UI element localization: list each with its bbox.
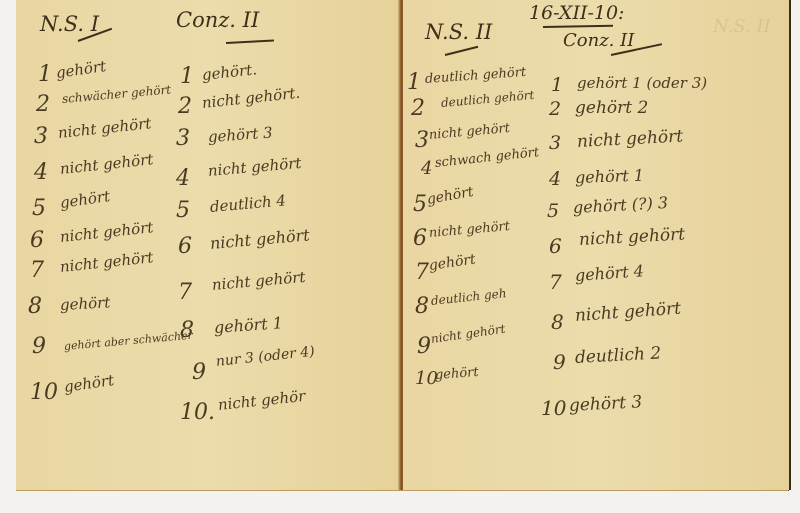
entry-number: 1 xyxy=(38,62,52,87)
entry-number: 5 xyxy=(413,192,427,217)
entry-text: deutlich 4 xyxy=(209,191,286,216)
entry-text: nicht gehört xyxy=(576,126,683,152)
heading-underline xyxy=(226,39,274,44)
entry-text: nicht gehört xyxy=(430,322,506,346)
right-col1-heading: N.S. II xyxy=(425,20,492,44)
entry-text: nicht gehört xyxy=(574,299,681,326)
entry-text: nicht gehört xyxy=(578,224,685,250)
entry-number: 2 xyxy=(36,92,50,117)
right-col2-heading: Conz. II xyxy=(563,30,634,51)
left-col2-heading: Conz. II xyxy=(176,8,259,32)
entry-text: deutlich gehört xyxy=(424,65,526,87)
entry-number: 5 xyxy=(32,196,46,221)
entry-text: gehört 2 xyxy=(575,98,648,118)
entry-text: gehört. xyxy=(201,60,258,84)
entry-number: 8 xyxy=(415,294,429,319)
heading-underline xyxy=(445,46,478,56)
entry-text: nicht gehör xyxy=(217,387,306,414)
page-edge xyxy=(789,0,791,490)
entry-text: gehört xyxy=(55,57,107,82)
entry-text: nicht gehört. xyxy=(201,84,301,112)
entry-number: 7 xyxy=(30,258,44,283)
entry-number: 1 xyxy=(551,74,563,96)
entry-text: gehört 1 xyxy=(575,166,645,187)
entry-text: gehört xyxy=(59,187,111,212)
entry-number: 9 xyxy=(553,350,566,374)
entry-number: 2 xyxy=(178,94,192,119)
entry-number: 2 xyxy=(411,96,425,121)
entry-number: 10. xyxy=(180,400,215,425)
entry-text: nicht gehört xyxy=(207,154,302,180)
entry-number: 4 xyxy=(549,168,561,190)
entry-number: 4 xyxy=(34,160,48,185)
entry-number: 6 xyxy=(549,234,562,258)
entry-number: 6 xyxy=(413,226,427,251)
right-page: N.S. II N.S. II 16-XII-10: Conz. II 1 de… xyxy=(402,0,789,490)
left-page: N.S. I Conz. II 1 gehört 2 schwächer geh… xyxy=(16,0,401,490)
entry-text: gehört aber schwächer xyxy=(63,329,193,353)
left-col1-heading: N.S. I xyxy=(40,12,99,36)
entry-number: 3 xyxy=(549,132,561,154)
entry-text: schwach gehört xyxy=(434,145,540,171)
entry-text: schwächer gehört xyxy=(61,82,171,105)
entry-number: 3 xyxy=(415,128,429,153)
entry-number: 3 xyxy=(34,124,48,149)
entry-number: 2 xyxy=(549,98,561,120)
entry-number: 5 xyxy=(547,200,559,222)
entry-text: nicht gehört xyxy=(59,218,154,246)
entry-number: 9 xyxy=(32,334,46,359)
entry-number: 3 xyxy=(176,126,190,151)
entry-number: 7 xyxy=(415,260,429,285)
entry-number: 8 xyxy=(180,318,194,343)
entry-number: 10 xyxy=(30,380,58,405)
entry-number: 8 xyxy=(551,310,564,334)
entry-text: gehört (?) 3 xyxy=(573,193,669,217)
entry-text: nur 3 (oder 4) xyxy=(215,344,315,370)
entry-text: gehört 3 xyxy=(568,392,642,416)
entry-number: 1 xyxy=(180,64,194,89)
entry-number: 7 xyxy=(178,280,192,305)
entry-text: gehört xyxy=(428,252,477,274)
entry-text: deutlich geh xyxy=(430,286,507,308)
entry-text: gehört xyxy=(426,184,475,208)
entry-number: 10 xyxy=(541,396,566,420)
entry-number: 6 xyxy=(30,228,44,253)
entry-text: gehört 4 xyxy=(574,261,644,285)
notebook-spread: N.S. I Conz. II 1 gehört 2 schwächer geh… xyxy=(16,0,788,490)
entry-text: gehört 3 xyxy=(207,124,273,146)
entry-number: 4 xyxy=(176,166,190,191)
entry-text: nicht gehört xyxy=(57,114,152,142)
entry-text: nicht gehört xyxy=(428,121,510,143)
entry-number: 5 xyxy=(176,198,190,223)
entry-text: nicht gehört xyxy=(428,219,510,241)
entry-text: gehört xyxy=(60,293,111,314)
entry-text: gehört xyxy=(63,371,115,396)
entry-text: gehört xyxy=(434,365,479,383)
entry-number: 7 xyxy=(549,270,562,294)
entry-number: 4 xyxy=(421,158,432,179)
date-underline xyxy=(543,25,613,28)
entry-text: nicht gehört xyxy=(209,225,310,253)
entry-number: 9 xyxy=(417,334,431,359)
entry-text: deutlich gehört xyxy=(440,88,534,110)
entry-text: nicht gehört xyxy=(59,150,154,178)
entry-number: 8 xyxy=(28,294,42,319)
entry-text: nicht gehört xyxy=(59,248,154,276)
entry-number: 6 xyxy=(178,234,192,259)
entry-text: deutlich 2 xyxy=(574,343,661,367)
entry-number: 9 xyxy=(192,360,206,385)
entry-text: gehört 1 xyxy=(213,313,283,337)
entry-text: gehört 1 (oder 3) xyxy=(577,74,707,92)
date-heading: 16-XII-10: xyxy=(529,2,624,24)
entry-text: nicht gehört xyxy=(211,268,306,294)
entry-number: 1 xyxy=(407,70,421,95)
faint-bleedthrough-text: N.S. II xyxy=(713,16,771,37)
